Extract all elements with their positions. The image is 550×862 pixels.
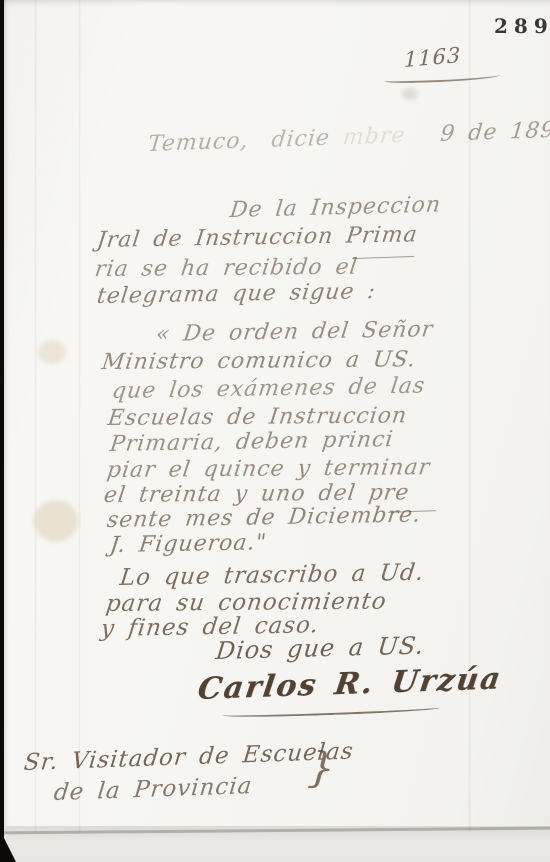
paper-stain xyxy=(402,88,418,100)
paper-crease xyxy=(34,0,37,832)
body-line: Dios gue a US. xyxy=(214,631,425,665)
body-line: « De orden del Señor xyxy=(154,317,434,347)
registry-number: 1163 xyxy=(404,43,462,72)
body-line: Primaria, deben princi xyxy=(108,427,395,457)
scanned-letter-page: 289 1163 Temuco, dicie mbre 9 de 1897 De… xyxy=(0,0,550,862)
addressee-brace: } xyxy=(306,742,336,793)
backing-left-edge xyxy=(0,0,4,862)
body-line: ria se ha recibido el xyxy=(93,255,359,282)
paper-stain xyxy=(34,500,78,542)
body-line: piar el quince y terminar xyxy=(105,455,431,483)
paper-crease xyxy=(78,0,81,832)
body-line: Lo que trascribo a Ud. xyxy=(118,560,425,591)
folio-number-stamp: 289 xyxy=(494,14,550,38)
body-line: telegrama que sigue : xyxy=(95,279,377,309)
dateline-faded: mbre xyxy=(342,123,407,150)
dateline-place: Temuco, xyxy=(147,128,250,157)
body-line: Ministro comunico a US. xyxy=(100,347,417,375)
body-line: J. Figueroa." xyxy=(108,530,268,558)
dateline-month: dicie xyxy=(270,126,331,153)
paper-stain xyxy=(38,340,66,364)
dateline-day-year: 9 de 1897 xyxy=(439,117,550,147)
